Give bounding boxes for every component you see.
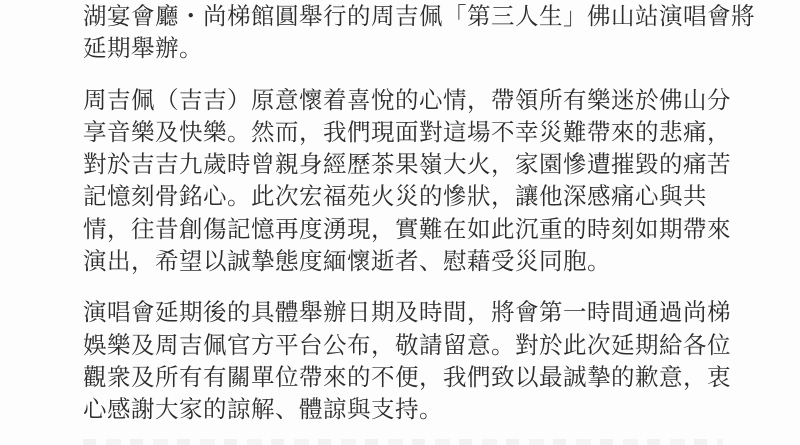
text-line: 情，往昔創傷記憶再度湧現，實難在如此沉重的時刻如期帶來 (83, 213, 743, 245)
text-line: 湖宴會廳・尚梯館圓舉行的周吉佩「第三人生」佛山站演唱會將 (83, 0, 743, 32)
text-line: 演出，希望以誠摯態度緬懷逝者、慰藉受災同胞。 (83, 245, 743, 277)
text-line: 對於吉吉九歲時曾親身經歷茶果嶺大火，家園慘遭摧毀的痛苦 (83, 148, 743, 180)
announcement-text: 湖宴會廳・尚梯館圓舉行的周吉佩「第三人生」佛山站演唱會將 延期舉辦。 周吉佩（吉… (83, 0, 743, 445)
text-line: 延期舉辦。 (83, 32, 743, 64)
paragraph: 湖宴會廳・尚梯館圓舉行的周吉佩「第三人生」佛山站演唱會將 延期舉辦。 (83, 0, 743, 65)
text-line: 娛樂及周吉佩官方平台公布，敬請留意。對於此次延期給各位 (83, 329, 743, 361)
text-line: 周吉佩（吉吉）原意懷着喜悅的心情，帶領所有樂迷於佛山分 (83, 84, 743, 116)
text-line: 記憶刻骨銘心。此次宏福苑火災的慘狀，讓他深感痛心與共 (83, 180, 743, 212)
text-line: 演唱會延期後的具體舉辦日期及時間，將會第一時間通過尚梯 (83, 296, 743, 328)
paragraph: 演唱會延期後的具體舉辦日期及時間，將會第一時間通過尚梯 娛樂及周吉佩官方平台公布… (83, 296, 743, 425)
paragraph: 周吉佩（吉吉）原意懷着喜悅的心情，帶領所有樂迷於佛山分 享音樂及快樂。然而，我們… (83, 84, 743, 278)
text-line: 享音樂及快樂。然而，我們現面對這場不幸災難帶來的悲痛， (83, 116, 743, 148)
text-line: 心感謝大家的諒解、體諒與支持。 (83, 393, 743, 425)
text-line: 觀衆及所有有關單位帶來的不便，我們致以最誠摯的歉意，衷 (83, 361, 743, 393)
cropped-text-line (83, 439, 723, 445)
